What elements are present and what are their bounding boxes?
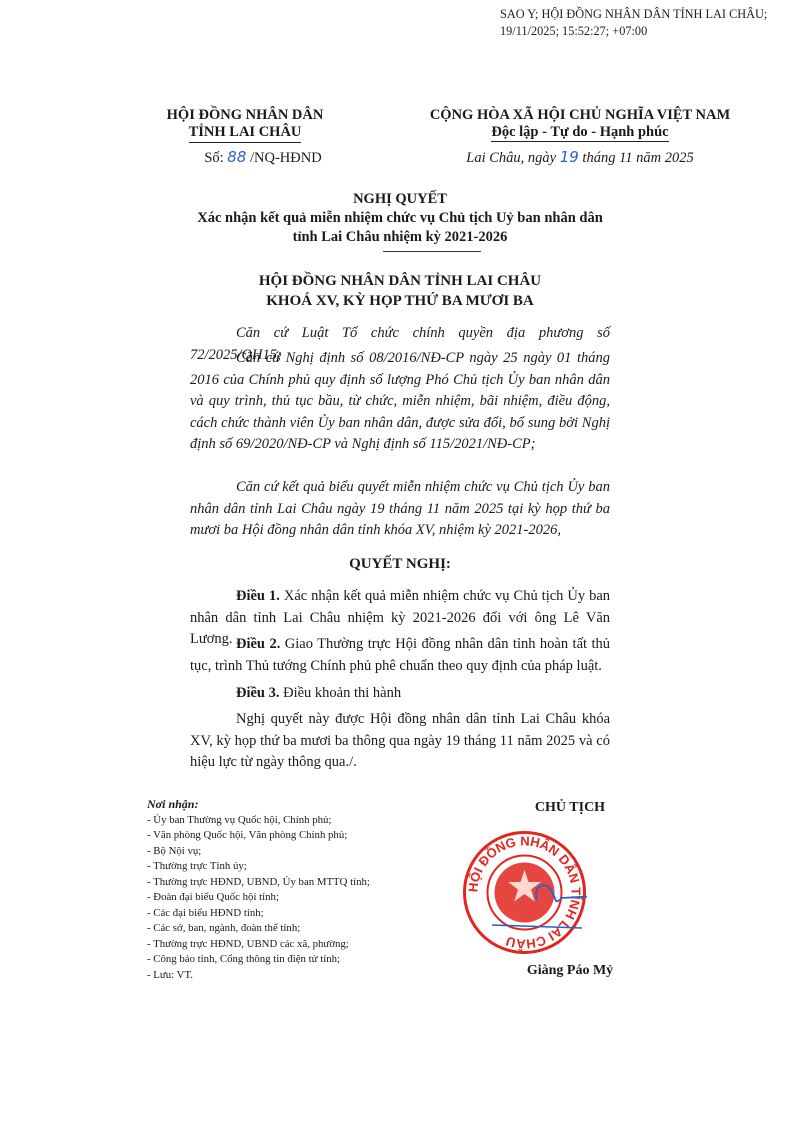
recipient-item: - Các đại biểu HĐND tỉnh; — [147, 906, 447, 922]
title-divider — [383, 251, 481, 252]
article-label: Điều 3. — [236, 685, 280, 701]
recipient-item: - Văn phòng Quốc hội, Văn phòng Chính ph… — [147, 828, 447, 844]
nation-name: CỘNG HÒA XÃ HỘI CHỦ NGHĨA VIỆT NAM — [360, 107, 800, 124]
subject-line-2: tỉnh Lai Châu nhiệm kỳ 2021-2026 — [150, 228, 650, 247]
document-date: Lai Châu, ngày 19 tháng 11 năm 2025 — [360, 148, 800, 167]
signer-name: Giàng Páo Mỷ — [470, 963, 670, 979]
recipient-item: - Các sở, ban, ngành, đoàn thể tỉnh; — [147, 921, 447, 937]
issuer-line-1: HỘI ĐỒNG NHÂN DÂN TỈNH LAI CHÂU — [150, 271, 650, 291]
recipient-item: - Thường trực HĐND, UBND các xã, phường; — [147, 937, 447, 953]
recipient-item: - Thường trực Tỉnh ủy; — [147, 859, 447, 875]
document-number: Số: 88 /NQ-HĐND — [158, 148, 368, 167]
handwritten-day: 19 — [560, 148, 579, 166]
date-suffix: tháng 11 năm 2025 — [582, 150, 693, 166]
signer-title: CHỦ TỊCH — [470, 800, 670, 816]
recipient-item: - Lưu: VT. — [147, 968, 447, 984]
basis-2: Căn cứ Nghị định số 08/2016/NĐ-CP ngày 2… — [190, 348, 610, 456]
motto: Độc lập - Tự do - Hạnh phúc — [491, 124, 668, 142]
recipient-item: - Thường trực HĐND, UBND, Ủy ban MTTQ tỉ… — [147, 875, 447, 891]
number-suffix: /NQ-HĐND — [250, 150, 322, 166]
handwritten-number: 88 — [227, 148, 246, 166]
subject-line-1: Xác nhận kết quả miễn nhiệm chức vụ Chủ … — [150, 209, 650, 228]
resolves-heading: QUYẾT NGHỊ: — [150, 556, 650, 573]
recipient-item: - Bộ Nội vụ; — [147, 844, 447, 860]
recipient-item: - Công báo tỉnh, Cổng thông tin điện tử … — [147, 952, 447, 968]
number-prefix: Số: — [204, 150, 223, 166]
digital-copy-stamp: SAO Y; HỘI ĐỒNG NHÂN DÂN TỈNH LAI CHÂU; … — [500, 6, 796, 40]
article-3: Điều 3. Điều khoản thi hành — [190, 683, 610, 705]
article-2: Điều 2. Giao Thường trực Hội đồng nhân d… — [190, 634, 610, 677]
issuer-block: HỘI ĐỒNG NHÂN DÂN TỈNH LAI CHÂU KHOÁ XV,… — [150, 271, 650, 311]
authority-line-1: HỘI ĐỒNG NHÂN DÂN — [150, 107, 340, 124]
recipients-heading: Nơi nhận: — [147, 797, 447, 813]
recipient-item: - Đoàn đại biểu Quốc hội tỉnh; — [147, 890, 447, 906]
recipients-list: Nơi nhận: - Ủy ban Thường vụ Quốc hội, C… — [147, 797, 447, 983]
closing-paragraph: Nghị quyết này được Hội đồng nhân dân tỉ… — [190, 709, 610, 774]
basis-3: Căn cứ kết quả biểu quyết miễn nhiệm chứ… — [190, 477, 610, 542]
issuing-authority: HỘI ĐỒNG NHÂN DÂN TỈNH LAI CHÂU — [150, 107, 340, 143]
official-seal-icon: HỘI ĐỒNG NHÂN DÂN TỈNH LAI CHÂU — [462, 830, 587, 955]
recipient-item: - Ủy ban Thường vụ Quốc hội, Chính phủ; — [147, 813, 447, 829]
article-label: Điều 2. — [236, 636, 280, 652]
authority-line-2: TỈNH LAI CHÂU — [189, 124, 302, 143]
document-title: NGHỊ QUYẾT Xác nhận kết quả miễn nhiệm c… — [150, 190, 650, 247]
article-label: Điều 1. — [236, 588, 280, 604]
doc-type: NGHỊ QUYẾT — [150, 190, 650, 209]
date-prefix: Lai Châu, ngày — [466, 150, 556, 166]
issuer-line-2: KHOÁ XV, KỲ HỌP THỨ BA MƯƠI BA — [150, 291, 650, 311]
national-motto: CỘNG HÒA XÃ HỘI CHỦ NGHĨA VIỆT NAM Độc l… — [360, 107, 800, 142]
